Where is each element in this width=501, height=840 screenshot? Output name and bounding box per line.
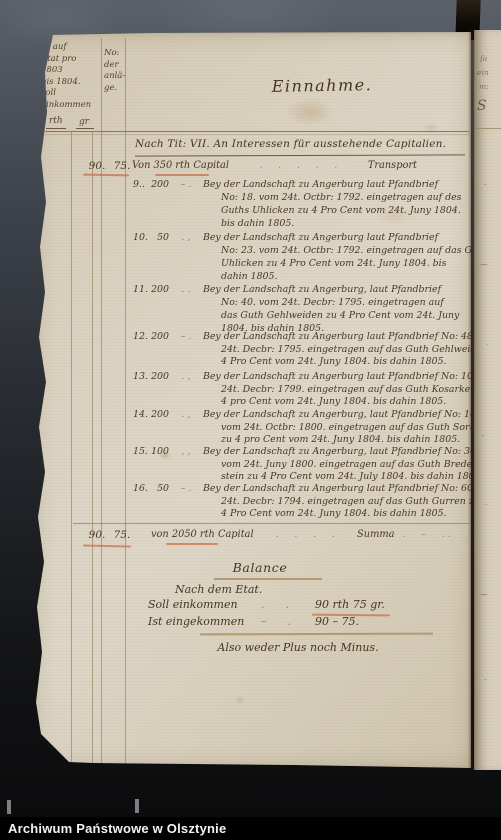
margin-rule-4 <box>125 38 126 763</box>
entry-number: 13. <box>133 371 147 384</box>
entry-text-line: Bey der Landschaft zu Angerburg laut Pfa… <box>203 231 467 244</box>
entry-text-line: No: 23. vom 24t. Octbr: 1792. eingetrage… <box>221 244 467 257</box>
entry-text-line: No: 40. vom 24t. Decbr: 1795. eingetrage… <box>221 296 467 309</box>
ledger-entry: 11.200. .Bey der Landschaft zu Angerburg… <box>133 283 467 335</box>
entry-text-line: Uhlicken zu 4 Pro Cent vom 24t. Juny 180… <box>221 257 467 270</box>
balance-row: Ist eingekommen – . 90 – 75. <box>33 615 471 629</box>
entry-text-line: Bey der Landschaft zu Angerburg, laut Pf… <box>203 283 467 296</box>
balance-row-value: 90 rth 75 gr. <box>315 598 385 611</box>
margin-rule-2 <box>92 131 93 763</box>
entry-number: 16. <box>133 483 147 496</box>
entry-text-line: dahin 1805. <box>221 270 467 283</box>
balance-row-dots: – . <box>261 615 291 628</box>
margin-header-line: soll <box>41 88 99 100</box>
balance-row-value: 90 – 75. <box>315 615 359 628</box>
ledger-entry: 12.200– .Bey der Landschaft zu Angerburg… <box>133 331 467 369</box>
transport-row: Von 350 rth Capital . . . . . Transport <box>132 160 467 171</box>
entry-amount: 50 <box>147 231 169 244</box>
entry-amount: 50 <box>147 483 169 496</box>
entry-text-line: Bey der Landschaft zu Angerburg, laut Pf… <box>203 409 479 422</box>
margin-header-line: R. auf <box>41 42 99 54</box>
margin-total-underline <box>83 174 129 177</box>
entry-separator-dots: . . <box>169 283 203 296</box>
entry-number: 12. <box>133 331 147 344</box>
balance-row-dots: . . <box>261 598 289 611</box>
entry-text-line: Bey der Landschaft zu Angerburg laut Pfa… <box>203 331 499 344</box>
entry-amount: 200 <box>147 409 169 422</box>
margin-header-line: Etat pro 1803 <box>41 54 99 77</box>
margin-header-line: der <box>104 60 128 72</box>
transport-dots: . . . . . <box>229 160 368 171</box>
margin-header-line: ge. <box>104 83 128 95</box>
entry-text-line: 4 Pro Cent vom 24t. Juny 1804. bis dahin… <box>221 508 467 521</box>
margin-unit-gr: gr <box>79 117 89 129</box>
header-rule-2 <box>45 134 469 135</box>
facing-text-fragment: m: <box>479 82 489 91</box>
page-gutter-shadow <box>468 30 475 770</box>
entry-text-line: vom 24t. Octbr: 1800. eingetragen auf da… <box>221 422 467 435</box>
entry-amount: 200 <box>147 331 169 344</box>
facing-mark: · <box>486 340 488 349</box>
entry-amount: 200 <box>147 178 169 191</box>
summa-margin-gr: 75. <box>111 529 133 541</box>
facing-text-fragment: ſa <box>480 54 487 63</box>
margin-total-rth: 90. <box>85 160 109 172</box>
ledger-entry: 14.200. ,Bey der Landschaft zu Angerburg… <box>133 409 467 447</box>
facing-page-sliver: ſa ein m: S · ⁓ · – · ⁓ · <box>474 30 501 770</box>
archive-name: Archiwum Państwowe w Olsztynie <box>8 821 226 836</box>
margin-unit-rth: rth <box>49 116 63 128</box>
section-heading: Nach Tit: VII. An Interessen für aussteh… <box>135 138 446 150</box>
margin-header-line: bis 1804. <box>41 77 99 89</box>
summa-red-underline <box>166 543 218 545</box>
entry-text-line: Bey der Landschaft zu Angerburg laut Pfa… <box>203 178 467 191</box>
summa-dots: . . . . <box>254 529 357 540</box>
summa-row: von 2050 rth Capital . . . . Summa . – .… <box>151 529 451 540</box>
ledger-entry: 10.50. ,Bey der Landschaft zu Angerburg … <box>133 231 467 283</box>
ledger-entry: 13.200. ,Bey der Landschaft zu Angerburg… <box>133 371 467 409</box>
document-page: R. auf Etat pro 1803 bis 1804. soll eink… <box>33 32 471 769</box>
entry-separator-dots: – . <box>169 331 203 344</box>
entry-text-line: Bey der Landschaft zu Angerburg laut Pfa… <box>203 483 499 496</box>
summa-margin-underline <box>83 544 131 547</box>
margin-header-line: No: <box>104 48 128 60</box>
entry-text-line: bis dahin 1805. <box>221 217 467 230</box>
ruler-tick <box>135 799 139 813</box>
summa-margin-rth: 90. <box>85 529 109 541</box>
entry-text-line: 24t. Decbr: 1794. eingetragen auf das Gu… <box>221 496 467 509</box>
section-heading-underline <box>135 154 465 156</box>
balance-row-label: Ist eingekommen <box>148 615 244 628</box>
transport-red-underline <box>155 174 209 176</box>
balance-row-label: Soll einkommen <box>148 598 238 611</box>
balance-subtitle: Nach dem Etat. <box>175 583 262 596</box>
facing-mark: ⁓ <box>480 260 488 269</box>
entry-text-line: 24t. Decbr: 1799. eingetragen auf das Gu… <box>221 384 467 397</box>
entry-number: 11. <box>133 283 147 296</box>
facing-text-fragment: ein <box>477 68 489 77</box>
ruler-tick <box>7 800 11 814</box>
summa-left-text: von 2050 rth Capital <box>151 529 254 540</box>
facing-header-rule <box>474 128 501 129</box>
entry-text-line: 4 Pro Cent vom 24t. Juny 1804. bis dahin… <box>221 356 467 369</box>
entry-text-line: das Guth Gehlweiden zu 4 Pro Cent vom 24… <box>221 309 467 322</box>
watermark-bar: Archiwum Państwowe w Olsztynie <box>0 817 501 840</box>
margin-header-line: einkommen <box>41 100 99 112</box>
entry-number: 10. <box>133 231 147 244</box>
unit-underline <box>76 128 94 129</box>
entry-separator-dots: – . <box>169 178 203 191</box>
balance-row: Soll einkommen . . 90 rth 75 gr. <box>33 598 471 612</box>
entry-number: 9.. <box>133 178 147 191</box>
margin-column-header-left: R. auf Etat pro 1803 bis 1804. soll eink… <box>41 42 99 111</box>
balance-total-rule <box>200 633 433 636</box>
entry-text-line: No: 18. vom 24t. Octbr: 1792. eingetrage… <box>221 191 467 204</box>
ledger-entry: 16.50– .Bey der Landschaft zu Angerburg … <box>133 483 467 521</box>
margin-column-header-right: No: der anlä- ge. <box>104 48 128 94</box>
entry-text-line: 24t. Decbr: 1795. eingetragen auf das Gu… <box>221 344 467 357</box>
facing-mark: · <box>485 500 487 509</box>
balance-title: Balance <box>227 560 293 575</box>
unit-underline <box>46 128 66 129</box>
facing-mark: · <box>484 675 486 684</box>
balance-title-underline <box>214 578 322 580</box>
margin-header-line: anlä- <box>104 71 128 83</box>
summa-right-text: Summa <box>357 529 394 540</box>
entry-number: 14. <box>133 409 147 422</box>
margin-rule-3 <box>101 38 102 763</box>
transport-right-text: Transport <box>368 160 417 171</box>
page-heading: Einnahme. <box>257 75 387 96</box>
ledger-entry: 9..200– .Bey der Landschaft zu Angerburg… <box>133 178 467 230</box>
entry-text-line: vom 24t. Juny 1800. eingetragen auf das … <box>221 459 467 472</box>
margin-total-gr: 75. <box>111 160 133 172</box>
entry-number: 15. <box>133 446 147 459</box>
entry-text-line: Bey der Landschaft zu Angerburg laut Pfa… <box>203 371 499 384</box>
entry-separator-dots: . , <box>169 231 203 244</box>
summa-tail-dots: . – . . <box>403 529 452 540</box>
transport-left-text: Von 350 rth Capital <box>132 160 229 171</box>
entry-separator-dots: – . <box>169 483 203 496</box>
entry-amount: 200 <box>147 371 169 384</box>
entry-amount: 200 <box>147 283 169 296</box>
facing-mark: · <box>484 180 486 189</box>
entry-amount: 100 <box>147 446 169 459</box>
margin-rule-1 <box>71 131 72 763</box>
facing-mark: ⁓ <box>480 590 488 599</box>
facing-mark: – <box>481 430 485 439</box>
entry-text-line: 4 pro Cent vom 24t. Juny 1804. bis dahin… <box>221 396 467 409</box>
entry-separator-dots: . , <box>169 409 203 422</box>
ledger-entry: 15.100, ,Bey der Landschaft zu Angerburg… <box>133 446 467 484</box>
entry-text-line: Bey der Landschaft zu Angerburg, laut Pf… <box>203 446 479 459</box>
entry-separator-dots: . , <box>169 371 203 384</box>
balance-footer: Also weder Plus noch Minus. <box>203 641 393 654</box>
entry-text-line: Guths Uhlicken zu 4 Pro Cent vom 24t. Ju… <box>221 204 467 217</box>
entry-separator-dots: , , <box>169 446 203 459</box>
summa-rule <box>73 523 470 524</box>
header-rule <box>45 131 469 132</box>
facing-text-fragment: S <box>477 98 487 114</box>
